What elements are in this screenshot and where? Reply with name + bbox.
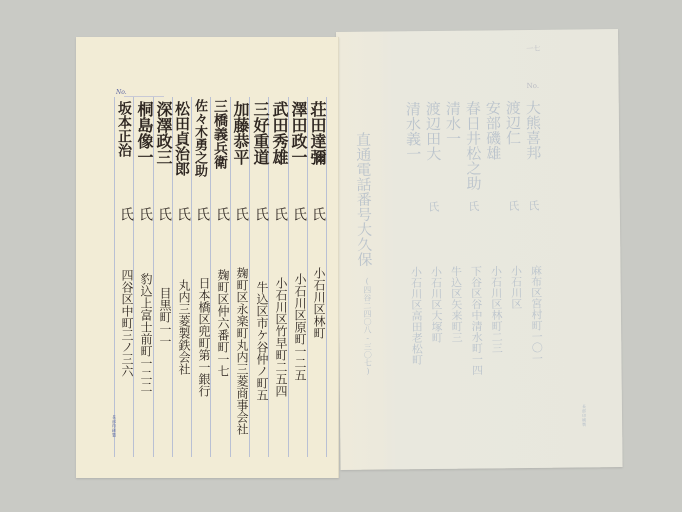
- honorific-suffix: 氏: [254, 207, 268, 221]
- entry-name: 加藤恭平: [232, 101, 248, 165]
- column-rule: [114, 97, 115, 457]
- honorific-suffix: 氏: [273, 207, 287, 221]
- ghost-address: 下谷区谷中清水町一四: [470, 265, 482, 375]
- ghost-suffix: 氏: [468, 201, 479, 212]
- ghost-address: 小石川区高田老松町: [410, 266, 422, 365]
- entry-name: 佐々木勇之助: [193, 99, 206, 177]
- ghost-suffix: 氏: [528, 200, 539, 211]
- ghost-suffix: 氏: [508, 200, 519, 211]
- entry-address: 小石川区竹早町二五四: [275, 277, 287, 397]
- entry-name: 三橋義兵衛: [213, 99, 227, 169]
- entry-address: 小石川区原町一二五: [294, 273, 306, 381]
- entry-address: 小石川区林町: [313, 267, 325, 339]
- entry-name: 深澤政三: [155, 101, 171, 165]
- honorific-suffix: 氏: [215, 207, 229, 221]
- entry-name: 澤田政一: [290, 101, 306, 165]
- entry-name: 武田秀雄: [271, 101, 287, 165]
- number-label: No.: [116, 89, 127, 96]
- ghost-name: 春日井松之助: [465, 100, 481, 190]
- ghost-center-bracket: (四谷二四〇八-三〇七): [363, 277, 372, 376]
- ghost-address: 小石川区大塚町: [430, 266, 442, 343]
- entry-name: 桐島像一: [136, 101, 152, 165]
- honorific-suffix: 氏: [119, 207, 133, 221]
- printer-mark: 長部印刷製: [111, 415, 117, 438]
- number-line: [124, 96, 164, 97]
- honorific-suffix: 氏: [234, 207, 248, 221]
- entry-address: 牛込区市ケ谷仲ノ町五: [256, 281, 268, 401]
- entry-name: 松田貞治郎: [174, 101, 189, 176]
- entry-address: 麹町区永楽町丸内三菱商事会社: [236, 267, 248, 435]
- ghost-suffix: 氏: [428, 201, 439, 212]
- ghost-name: 大熊喜邦: [525, 100, 541, 160]
- entry-address: 四谷区中町三ノ三六: [121, 269, 133, 377]
- ghost-name: 渡辺田大: [425, 101, 441, 161]
- ghost-number-label: No.: [527, 82, 540, 90]
- honorific-suffix: 氏: [176, 207, 190, 221]
- honorific-suffix: 氏: [292, 207, 306, 221]
- entry-address: 麹町区仲六番町一七: [217, 269, 229, 377]
- ghost-printer-mark: 長部印刷製: [581, 404, 587, 427]
- ghost-address: 小石川区林町二三: [490, 265, 502, 353]
- entry-address: 豹込上富士前町一二二: [140, 273, 152, 393]
- honorific-suffix: 氏: [157, 207, 171, 221]
- ghost-name: 清水一: [445, 101, 460, 146]
- ghost-address: 麻布区宮村町一〇一: [530, 265, 542, 364]
- ghost-address: 牛込区矢来町三: [450, 266, 462, 343]
- left-page: No. 荘田達彌 澤田政一 武田秀雄 三好重道 加藤恭平 三橋義兵衛 佐々木勇之…: [76, 37, 339, 478]
- entry-address: 日本橋区兜町第一銀行: [198, 277, 210, 397]
- ghost-address: 小石川区: [510, 265, 521, 309]
- entry-address: 目黒町一一: [159, 287, 171, 347]
- entry-name: 坂本正治: [117, 101, 131, 157]
- honorific-suffix: 氏: [195, 207, 209, 221]
- honorific-suffix: 氏: [311, 207, 325, 221]
- entry-name: 荘田達彌: [309, 101, 325, 165]
- ghost-page-number: 一七: [526, 44, 540, 54]
- ghost-name: 安部磯雄: [485, 100, 501, 160]
- entry-name: 三好重道: [252, 101, 268, 165]
- ghost-name: 清水義一: [405, 101, 421, 161]
- ghost-name: 渡辺仁: [505, 100, 520, 145]
- honorific-suffix: 氏: [138, 207, 152, 221]
- entry-address: 丸内三菱製鉄会社: [178, 279, 190, 375]
- ghost-center-column: 直通電話番号大久保: [355, 132, 371, 267]
- right-page: 一七 No. 直通電話番号大久保 (四谷二四〇八-三〇七) 大熊喜邦 渡辺仁 安…: [336, 29, 623, 470]
